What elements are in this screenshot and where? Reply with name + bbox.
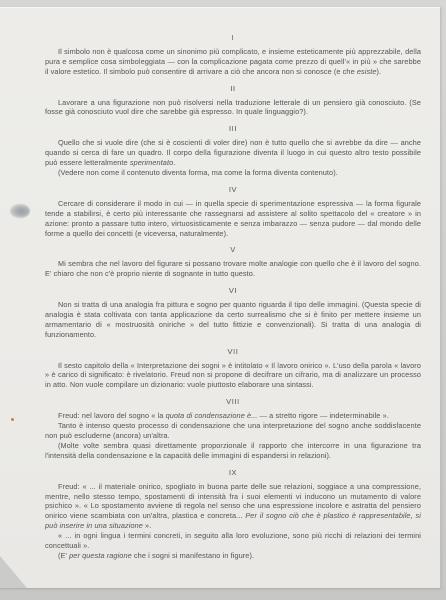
text-run: (Molte volte sembra quasi direttamente p… (45, 441, 421, 460)
document-section: IIl simbolo non è qualcosa come un sinon… (45, 33, 421, 77)
section-numeral: IX (45, 468, 421, 478)
paragraph: Il sesto capitolo della « Interpretazion… (45, 361, 421, 391)
paragraph: Mi sembra che nel lavoro del figurare si… (45, 259, 421, 279)
paragraph: Tanto è intenso questo processo di conde… (45, 421, 421, 441)
paragraph: Cercare di considerare il modo in cui — … (45, 199, 421, 239)
text-run: Il sesto capitolo della « Interpretazion… (45, 361, 421, 390)
section-numeral: VII (45, 347, 421, 357)
paragraph: (E' per questa ragione che i sogni si ma… (45, 551, 421, 561)
text-run: Mi sembra che nel lavoro del figurare si… (45, 259, 421, 278)
document-section: VINon si tratta di una analogia fra pitt… (45, 286, 421, 340)
italic-text-run: quota di condensazione è... (166, 411, 258, 420)
section-numeral: V (45, 245, 421, 255)
text-run: Cercare di considerare il modo in cui — … (45, 199, 421, 238)
text-run: . (173, 158, 175, 167)
document-body: IIl simbolo non è qualcosa come un sinon… (45, 33, 421, 561)
text-run: che i sogni si manifestano in figure). (132, 551, 254, 560)
document-section: IXFreud: « ... il materiale onirico, spo… (45, 468, 421, 561)
italic-text-run: esiste (357, 67, 377, 76)
text-run: ). (377, 67, 382, 76)
text-run: (E' (58, 551, 69, 560)
paragraph: Il simbolo non è qualcosa come un sinoni… (45, 47, 421, 77)
paragraph: « ... in ogni lingua i termini concreti,… (45, 531, 421, 551)
document-section: IIIQuello che si vuole dire (che si è co… (45, 124, 421, 178)
paper-speck (11, 418, 14, 421)
paragraph: Freud: « ... il materiale onirico, spogl… (45, 482, 421, 532)
section-numeral: I (45, 33, 421, 43)
document-section: VMi sembra che nel lavoro del figurare s… (45, 245, 421, 279)
section-numeral: IV (45, 185, 421, 195)
document-section: VIIIFreud: nel lavoro del sogno « la quo… (45, 397, 421, 460)
binder-hole-mark (10, 204, 30, 218)
paragraph: Quello che si vuole dire (che si è cosci… (45, 138, 421, 168)
paragraph: (Vedere non come il contenuto diventa fo… (45, 168, 421, 178)
text-run: « ... in ogni lingua i termini concreti,… (45, 531, 421, 550)
paragraph: Non si tratta di una analogia fra pittur… (45, 300, 421, 340)
section-numeral: III (45, 124, 421, 134)
text-run: Lavorare a una figurazione non può risol… (45, 98, 421, 117)
document-section: VIIIl sesto capitolo della « Interpretaz… (45, 347, 421, 391)
text-run: Non si tratta di una analogia fra pittur… (45, 300, 421, 339)
text-run: (Vedere non come il contenuto diventa fo… (58, 168, 338, 177)
text-run: — a stretto rigore — indeterminabile ». (258, 411, 389, 420)
document-section: IILavorare a una figurazione non può ris… (45, 84, 421, 118)
document-page: IIl simbolo non è qualcosa come un sinon… (0, 7, 441, 588)
text-run: Quello che si vuole dire (che si è cosci… (45, 138, 421, 167)
section-numeral: VI (45, 286, 421, 296)
section-numeral: VIII (45, 397, 421, 407)
text-run: Freud: nel lavoro del sogno « la (58, 411, 166, 420)
page-corner (0, 556, 27, 588)
document-section: IVCercare di considerare il modo in cui … (45, 185, 421, 239)
italic-text-run: sperimentato (130, 158, 173, 167)
paragraph: (Molte volte sembra quasi direttamente p… (45, 441, 421, 461)
text-run: ». (143, 521, 151, 530)
italic-text-run: per questa ragione (69, 551, 132, 560)
paragraph: Lavorare a una figurazione non può risol… (45, 98, 421, 118)
text-run: Tanto è intenso questo processo di conde… (45, 421, 421, 440)
section-numeral: II (45, 84, 421, 94)
paragraph: Freud: nel lavoro del sogno « la quota d… (45, 411, 421, 421)
